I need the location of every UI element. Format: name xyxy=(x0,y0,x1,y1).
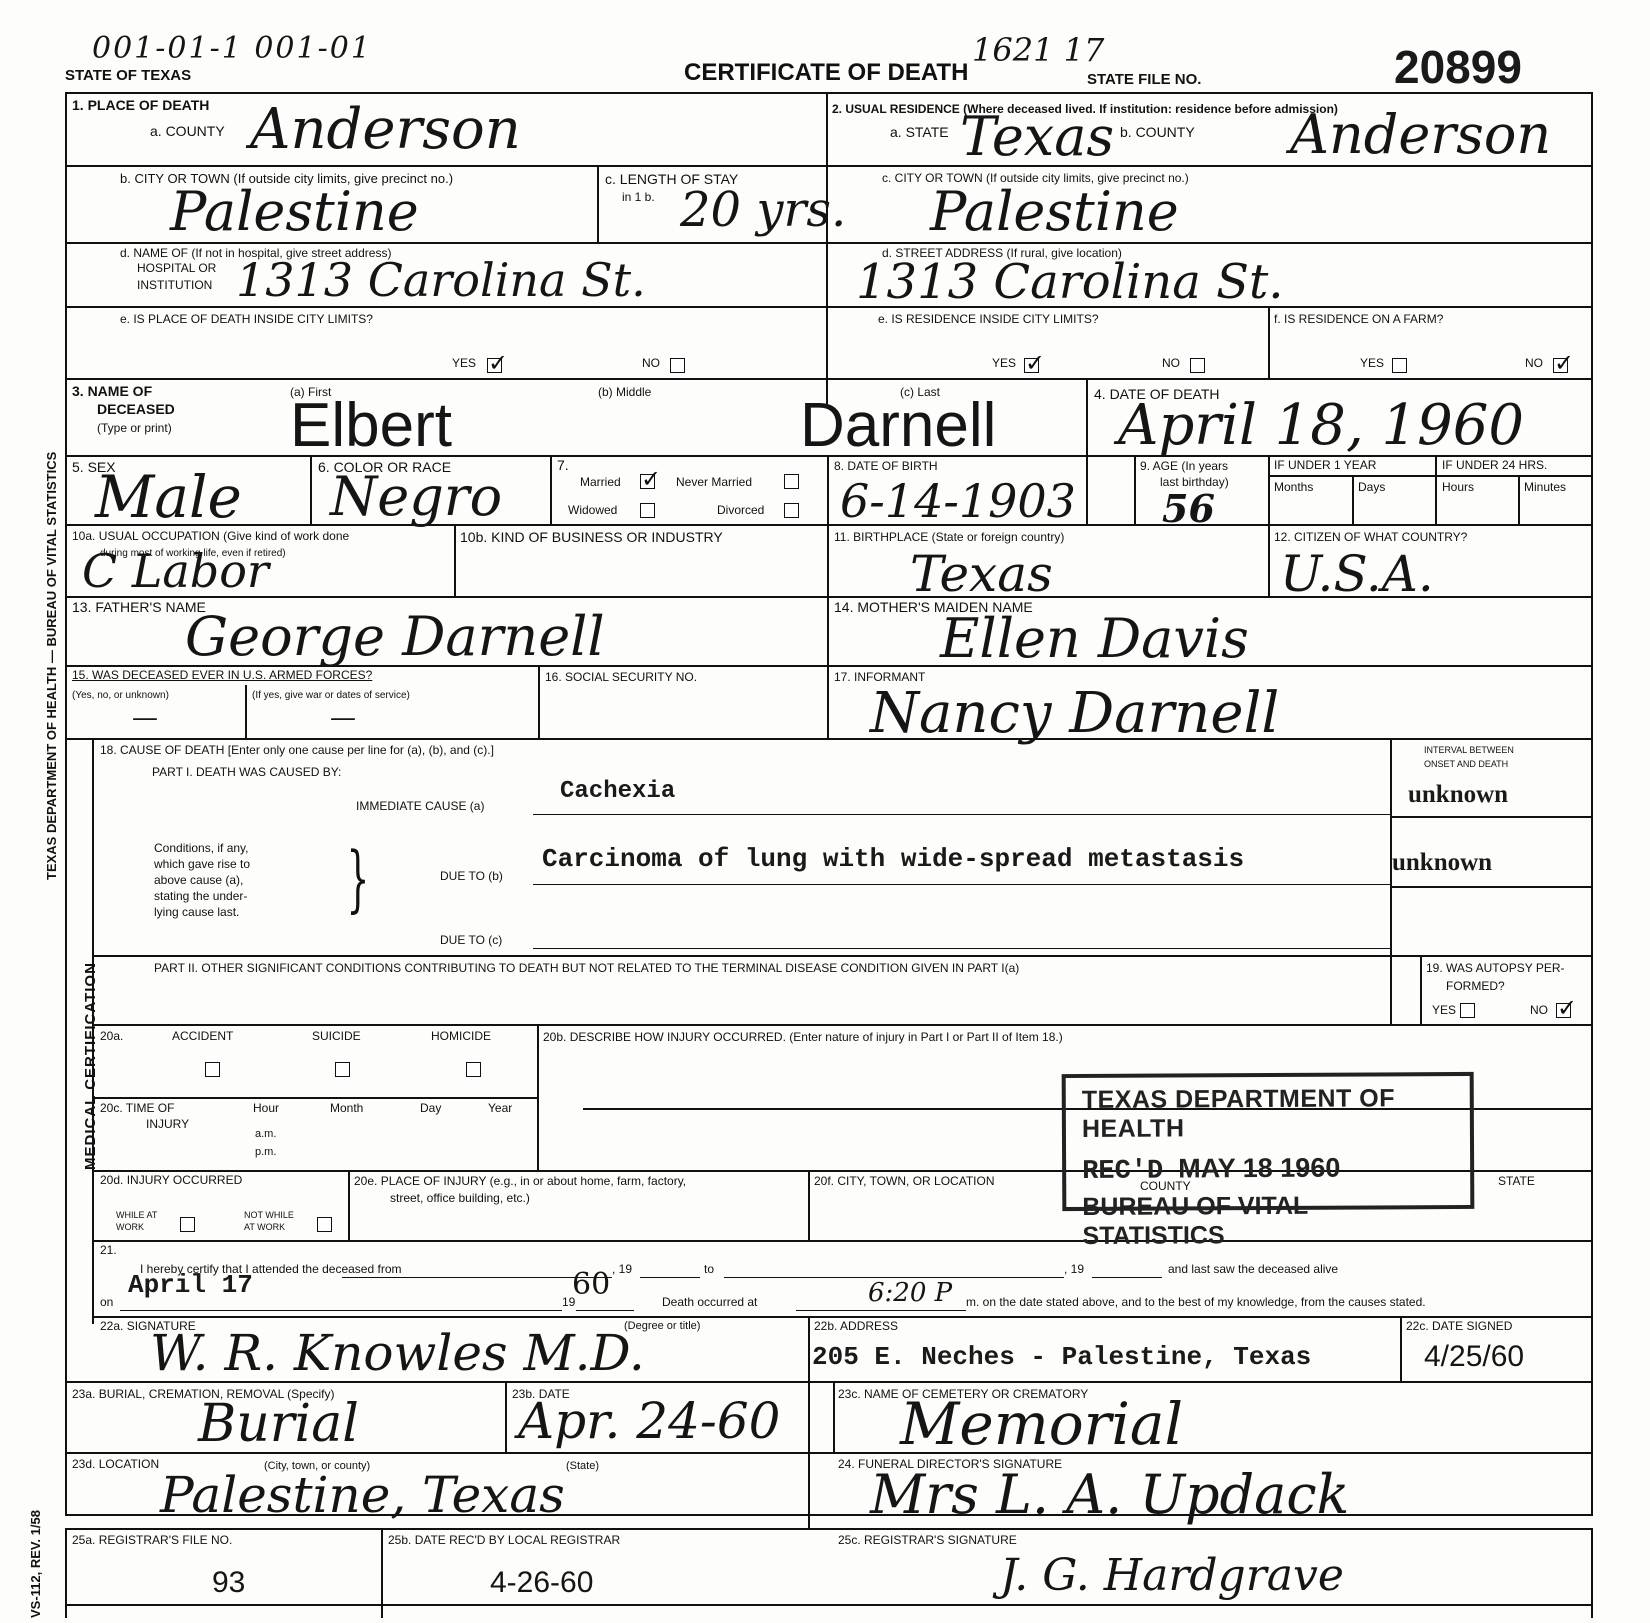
father-field[interactable]: George Darnell xyxy=(185,610,605,664)
interval-label: INTERVAL BETWEEN xyxy=(1424,746,1514,756)
injury-month-label: Month xyxy=(330,1102,363,1115)
institution-label-2: HOSPITAL OR xyxy=(137,262,216,275)
autopsy-yes-label: YES xyxy=(1432,1004,1456,1017)
certify-to: to xyxy=(704,1263,714,1276)
on-text: on xyxy=(100,1296,113,1309)
certification-number: 21. xyxy=(100,1244,117,1257)
residence-state-label: a. STATE xyxy=(890,125,949,140)
while-at-work-checkbox[interactable] xyxy=(180,1217,195,1232)
conditions-note-5: lying cause last. xyxy=(154,906,239,919)
not-while-at-work-checkbox[interactable] xyxy=(317,1217,332,1232)
dob-label: 8. DATE OF BIRTH xyxy=(834,460,938,473)
file-codes: 001-01-1 001-01 xyxy=(92,34,372,64)
registrar-signature-label: 25c. REGISTRAR'S SIGNATURE xyxy=(838,1534,1017,1547)
stamp-line2: REC'D MAY 18 1960 xyxy=(1082,1152,1454,1187)
registrar-file-no-field[interactable]: 93 xyxy=(212,1568,245,1598)
ssn-field[interactable] xyxy=(545,692,815,732)
state-file-label: STATE FILE NO. xyxy=(1087,72,1201,89)
date-of-death-field[interactable]: April 18, 1960 xyxy=(1118,398,1524,454)
part2-field[interactable] xyxy=(154,982,1354,1020)
never-married-checkbox[interactable] xyxy=(784,474,799,489)
residence-farm-no-checkbox[interactable] xyxy=(1553,358,1568,373)
armed-forces-label: 15. WAS DECEASED EVER IN U.S. ARMED FORC… xyxy=(72,669,372,682)
industry-field[interactable] xyxy=(460,552,820,592)
married-checkbox[interactable] xyxy=(640,474,655,489)
handwritten-code: 1621 17 xyxy=(972,34,1104,66)
due-to-b-label: DUE TO (b) xyxy=(440,870,503,883)
conditions-brace: } xyxy=(346,842,369,914)
last-saw-text: and last saw the deceased alive xyxy=(1168,1263,1338,1276)
registrar-signature-field[interactable]: J. G. Hardgrave xyxy=(1000,1554,1344,1598)
while-work-label-2: WORK xyxy=(116,1223,144,1233)
certify-year-field[interactable]: 60 xyxy=(572,1270,610,1300)
residence-county-field[interactable]: Anderson xyxy=(1290,108,1551,162)
while-work-label: WHILE AT xyxy=(116,1211,157,1221)
sex-field[interactable]: Male xyxy=(95,468,242,526)
deceased-name-label-2: DECEASED xyxy=(97,402,175,417)
months-label: Months xyxy=(1274,481,1313,494)
due-to-c-label: DUE TO (c) xyxy=(440,934,502,947)
due-to-c-field[interactable] xyxy=(540,918,1380,946)
burial-date-field[interactable]: Apr. 24-60 xyxy=(518,1396,780,1446)
death-county-field[interactable]: Anderson xyxy=(250,102,521,158)
autopsy-label: 19. WAS AUTOPSY PER- xyxy=(1426,962,1565,975)
married-label: Married xyxy=(580,476,621,489)
state-label: STATE OF TEXAS xyxy=(65,68,191,85)
residence-state-field[interactable]: Texas xyxy=(960,110,1114,164)
injury-year-label: Year xyxy=(488,1102,512,1115)
place-of-death-label: 1. PLACE OF DEATH xyxy=(72,98,209,113)
residence-farm-label: f. IS RESIDENCE ON A FARM? xyxy=(1274,313,1443,326)
interval-label-2: ONSET AND DEATH xyxy=(1424,760,1508,770)
armed-war-label: (If yes, give war or dates of service) xyxy=(252,690,410,701)
never-married-label: Never Married xyxy=(676,476,752,489)
race-field[interactable]: Negro xyxy=(330,470,502,524)
time-of-injury-label-2: INJURY xyxy=(146,1118,189,1131)
stamp-recd-label: REC'D xyxy=(1082,1157,1163,1187)
death-occurred-text: Death occurred at xyxy=(662,1296,757,1309)
injury-occurred-label: 20d. INJURY OCCURRED xyxy=(100,1174,242,1187)
address-label: 22b. ADDRESS xyxy=(814,1320,898,1333)
date-signed-label: 22c. DATE SIGNED xyxy=(1406,1320,1512,1333)
marital-label: 7. xyxy=(557,458,569,473)
divorced-checkbox[interactable] xyxy=(784,503,799,518)
residence-inside-yes-checkbox[interactable] xyxy=(1024,358,1039,373)
citizen-field[interactable]: U.S.A. xyxy=(1280,549,1434,599)
residence-inside-yes-label: YES xyxy=(992,357,1016,370)
interval-b-field[interactable]: unknown xyxy=(1392,850,1492,875)
widowed-checkbox[interactable] xyxy=(640,503,655,518)
first-name-field[interactable]: Elbert xyxy=(290,395,452,457)
mother-field[interactable]: Ellen Davis xyxy=(940,612,1249,666)
conditions-note-1: Conditions, if any, xyxy=(154,842,249,855)
under-24-hours-label: IF UNDER 24 HRS. xyxy=(1442,459,1547,472)
accident-label: ACCIDENT xyxy=(172,1030,233,1043)
death-county-label: a. COUNTY xyxy=(150,124,225,139)
death-time-rest-text: m. on the date stated above, and to the … xyxy=(966,1296,1426,1309)
injury-type-label: 20a. xyxy=(100,1030,123,1043)
place-of-injury-label-2: street, office building, etc.) xyxy=(390,1192,530,1205)
date-signed-field[interactable]: 4/25/60 xyxy=(1424,1342,1524,1372)
residence-inside-no-checkbox[interactable] xyxy=(1190,358,1205,373)
injury-state-label: STATE xyxy=(1498,1175,1535,1188)
certificate-title: CERTIFICATE OF DEATH xyxy=(684,60,968,86)
dob-field[interactable]: 6-14-1903 xyxy=(840,478,1076,524)
suicide-checkbox[interactable] xyxy=(335,1062,350,1077)
birthplace-field[interactable]: Texas xyxy=(910,549,1053,599)
cause-of-death-label: 18. CAUSE OF DEATH [Enter only one cause… xyxy=(100,744,494,757)
residence-street-field[interactable]: 1313 Carolina St. xyxy=(856,258,1284,306)
immediate-cause-field[interactable]: Cachexia xyxy=(560,780,675,804)
date-recd-label: 25b. DATE REC'D BY LOCAL REGISTRAR xyxy=(388,1534,620,1547)
age-field[interactable]: 56 xyxy=(1162,490,1215,528)
describe-injury-label: 20b. DESCRIBE HOW INJURY OCCURRED. (Ente… xyxy=(543,1031,1063,1044)
death-inside-yes-label: YES xyxy=(452,357,476,370)
certify-19-1: , 19 xyxy=(612,1263,632,1276)
ssn-label: 16. SOCIAL SECURITY NO. xyxy=(545,671,697,684)
age-label: 9. AGE (In years xyxy=(1140,460,1228,473)
conditions-note-3: above cause (a), xyxy=(154,874,243,887)
part1-label: PART I. DEATH WAS CAUSED BY: xyxy=(152,766,341,779)
middle-name-label: (b) Middle xyxy=(598,386,651,399)
occupation-label: 10a. USUAL OCCUPATION (Give kind of work… xyxy=(72,530,349,543)
not-while-work-label-2: AT WORK xyxy=(244,1223,285,1233)
industry-label: 10b. KIND OF BUSINESS OR INDUSTRY xyxy=(460,530,723,545)
location-state-label: (State) xyxy=(566,1460,599,1472)
death-inside-no-label: NO xyxy=(642,357,660,370)
certify-19-2: , 19 xyxy=(1064,1263,1084,1276)
interval-a-field[interactable]: unknown xyxy=(1408,782,1508,807)
conditions-note-4: stating the under- xyxy=(154,890,247,903)
residence-farm-no-label: NO xyxy=(1525,357,1543,370)
death-inside-limits-label: e. IS PLACE OF DEATH INSIDE CITY LIMITS? xyxy=(120,313,373,326)
part2-label: PART II. OTHER SIGNIFICANT CONDITIONS CO… xyxy=(154,962,1019,975)
date-recd-field[interactable]: 4-26-60 xyxy=(490,1568,593,1598)
physician-address-field[interactable]: 205 E. Neches - Palestine, Texas xyxy=(812,1344,1311,1370)
armed-yes-no-field[interactable]: — xyxy=(132,705,158,731)
informant-field[interactable]: Nancy Darnell xyxy=(870,686,1279,742)
suicide-label: SUICIDE xyxy=(312,1030,361,1043)
autopsy-no-label: NO xyxy=(1530,1004,1548,1017)
widowed-label: Widowed xyxy=(568,504,617,517)
stamp-line1: TEXAS DEPARTMENT OF HEALTH xyxy=(1082,1084,1454,1144)
registrar-file-no-label: 25a. REGISTRAR'S FILE NO. xyxy=(72,1534,232,1547)
stamp-recd-date: MAY 18 1960 xyxy=(1178,1153,1340,1184)
armed-yes-no-label: (Yes, no, or unknown) xyxy=(72,690,169,701)
minutes-label: Minutes xyxy=(1524,481,1566,494)
state-file-number: 20899 xyxy=(1394,44,1522,90)
autopsy-no-checkbox[interactable] xyxy=(1556,1003,1571,1018)
physician-signature-field[interactable]: W. R. Knowles M.D. xyxy=(150,1328,645,1378)
injury-location-label: 20f. CITY, TOWN, OR LOCATION xyxy=(814,1175,994,1188)
conditions-note-2: which gave rise to xyxy=(154,858,250,871)
divorced-label: Divorced xyxy=(717,504,764,517)
pm-label: p.m. xyxy=(255,1146,276,1158)
injury-day-label: Day xyxy=(420,1102,441,1115)
residence-inside-limits-label: e. IS RESIDENCE INSIDE CITY LIMITS? xyxy=(878,313,1099,326)
am-label: a.m. xyxy=(255,1128,276,1140)
death-time-field[interactable]: 6:20 P xyxy=(868,1280,952,1306)
occupation-field[interactable]: C Labor xyxy=(82,548,269,594)
cemetery-field[interactable]: Memorial xyxy=(900,1395,1183,1453)
death-city-field[interactable]: Palestine xyxy=(170,185,419,239)
institution-field[interactable]: 1313 Carolina St. xyxy=(236,257,646,303)
received-stamp: TEXAS DEPARTMENT OF HEALTH REC'D MAY 18 … xyxy=(1062,1072,1475,1211)
accident-checkbox[interactable] xyxy=(205,1062,220,1077)
funeral-director-field[interactable]: Mrs L. A. Updack xyxy=(870,1468,1349,1522)
death-inside-no-checkbox[interactable] xyxy=(670,358,685,373)
injury-hour-label: Hour xyxy=(253,1102,279,1115)
due-to-b-field[interactable]: Carcinoma of lung with wide-spread metas… xyxy=(542,846,1244,872)
homicide-checkbox[interactable] xyxy=(466,1062,481,1077)
length-of-stay-field[interactable]: 20 yrs. xyxy=(680,186,846,234)
burial-location-field[interactable]: Palestine, Texas xyxy=(160,1470,565,1520)
department-margin-text: TEXAS DEPARTMENT OF HEALTH — BUREAU OF V… xyxy=(44,452,59,880)
homicide-label: HOMICIDE xyxy=(431,1030,491,1043)
autopsy-yes-checkbox[interactable] xyxy=(1460,1003,1475,1018)
deceased-name-label: 3. NAME OF xyxy=(72,384,152,399)
residence-inside-no-label: NO xyxy=(1162,357,1180,370)
days-label: Days xyxy=(1358,481,1385,494)
residence-farm-yes-label: YES xyxy=(1360,357,1384,370)
last-saw-date-field[interactable]: April 17 xyxy=(128,1272,253,1298)
form-revision: VS-112, REV. 1/58 xyxy=(28,1510,43,1618)
burial-location-label: 23d. LOCATION xyxy=(72,1458,159,1471)
birthplace-label: 11. BIRTHPLACE (State or foreign country… xyxy=(834,531,1064,544)
autopsy-label-2: FORMED? xyxy=(1446,980,1505,993)
under-1-year-label: IF UNDER 1 YEAR xyxy=(1274,459,1376,472)
citizen-label: 12. CITIZEN OF WHAT COUNTRY? xyxy=(1274,531,1467,544)
residence-farm-yes-checkbox[interactable] xyxy=(1392,358,1407,373)
hours-label: Hours xyxy=(1442,481,1474,494)
residence-county-label: b. COUNTY xyxy=(1120,125,1195,140)
death-inside-yes-checkbox[interactable] xyxy=(487,358,502,373)
place-of-injury-label: 20e. PLACE OF INJURY (e.g., in or about … xyxy=(354,1175,686,1188)
time-of-injury-label: 20c. TIME OF xyxy=(100,1102,174,1115)
length-of-stay-sublabel: in 1 b. xyxy=(622,191,655,204)
stamp-line3: BUREAU OF VITAL STATISTICS xyxy=(1082,1191,1454,1251)
institution-label-3: INSTITUTION xyxy=(137,279,212,292)
last-name-field[interactable]: Darnell xyxy=(800,395,996,457)
not-while-work-label: NOT WHILE xyxy=(244,1211,294,1221)
residence-city-field[interactable]: Palestine xyxy=(930,185,1179,239)
disposition-field[interactable]: Burial xyxy=(198,1398,359,1450)
deceased-name-label-3: (Type or print) xyxy=(97,422,172,435)
immediate-cause-label: IMMEDIATE CAUSE (a) xyxy=(356,800,484,813)
armed-war-field[interactable]: — xyxy=(330,705,356,731)
